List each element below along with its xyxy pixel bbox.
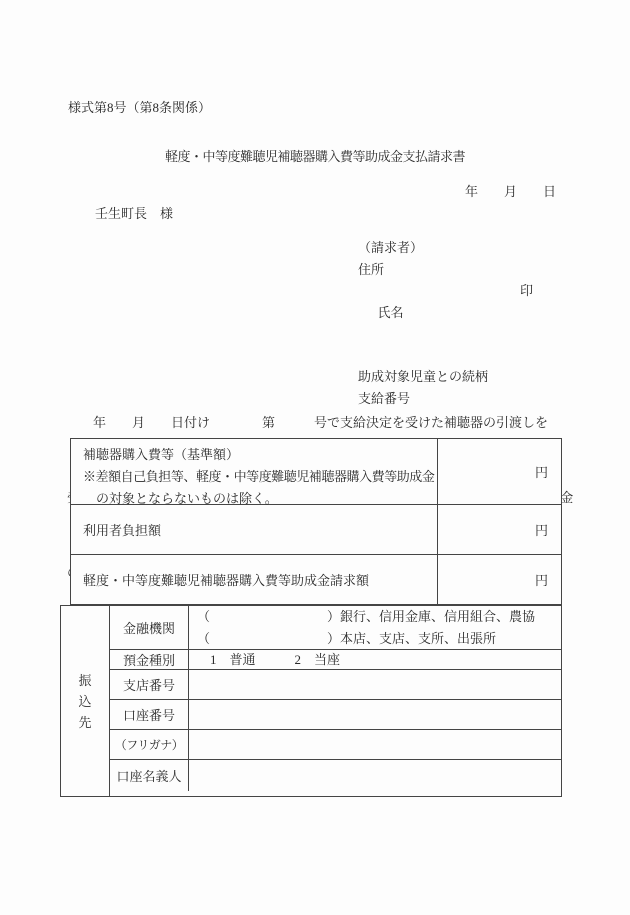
seal-mark: 印 xyxy=(520,280,533,302)
page-title: 軽度・中等度難聴児補聴器購入費等助成金支払請求書 xyxy=(68,146,562,165)
furigana-value xyxy=(189,730,561,759)
claim-amount-value-cell: 円 xyxy=(438,555,561,604)
name-label: 氏名 xyxy=(378,305,404,320)
addressee: 壬生町長 様 xyxy=(95,203,173,222)
account-holder-value xyxy=(189,760,561,791)
account-holder-row: 口座名義人 xyxy=(110,760,561,791)
user-burden-unit: 円 xyxy=(535,520,548,539)
deposit-type-options: 1 普通 2 当座 xyxy=(197,649,561,671)
branch-number-row: 支店番号 xyxy=(110,670,561,700)
base-amount-label-line-2: ※差額自己負担等、軽度・中等度難聴児補聴器購入費等助成金 xyxy=(83,466,431,488)
amount-table: 補聴器購入費等（基準額） ※差額自己負担等、軽度・中等度難聴児補聴器購入費等助成… xyxy=(70,438,562,605)
transfer-destination-char-1: 振 xyxy=(78,670,91,691)
claimant-heading: （請求者） xyxy=(358,237,488,259)
user-burden-value-cell: 円 xyxy=(438,505,561,554)
address-label: 住所 xyxy=(358,259,488,281)
deposit-type-row: 預金種別 1 普通 2 当座 xyxy=(110,650,561,670)
financial-institution-label: 金融機関 xyxy=(110,606,189,649)
deposit-type-label: 預金種別 xyxy=(110,650,189,669)
bank-rows: 金融機関 （ ）銀行、信用金庫、信用組合、農協 （ ）本店、支店、支所、出張所 … xyxy=(110,606,561,796)
paragraph-line-1: 年 月 日付け 第 号で支給決定を受けた補聴器の引渡しを xyxy=(67,410,563,435)
base-amount-unit: 円 xyxy=(535,462,548,481)
claim-amount-unit: 円 xyxy=(535,570,548,589)
account-holder-label: 口座名義人 xyxy=(110,760,189,791)
financial-institution-line-2: （ ）本店、支店、支所、出張所 xyxy=(197,628,561,650)
user-burden-row: 利用者負担額 円 xyxy=(71,505,561,555)
base-amount-label: 補聴器購入費等（基準額） ※差額自己負担等、軽度・中等度難聴児補聴器購入費等助成… xyxy=(71,439,438,504)
base-amount-row: 補聴器購入費等（基準額） ※差額自己負担等、軽度・中等度難聴児補聴器購入費等助成… xyxy=(71,439,561,505)
financial-institution-line-1: （ ）銀行、信用金庫、信用組合、農協 xyxy=(197,606,561,628)
account-number-value xyxy=(189,700,561,729)
bank-table: 振 込 先 金融機関 （ ）銀行、信用金庫、信用組合、農協 （ ）本店、支店、支… xyxy=(60,605,562,797)
transfer-destination-label: 振 込 先 xyxy=(61,606,110,796)
transfer-destination-char-3: 先 xyxy=(78,712,91,733)
branch-number-value xyxy=(189,670,561,699)
claim-amount-row: 軽度・中等度難聴児補聴器購入費等助成金請求額 円 xyxy=(71,555,561,604)
user-burden-label: 利用者負担額 xyxy=(71,505,438,554)
base-amount-label-line-1: 補聴器購入費等（基準額） xyxy=(83,444,431,466)
furigana-label: （フリガナ） xyxy=(110,730,189,759)
document-page: 様式第8号（第8条関係） 軽度・中等度難聴児補聴器購入費等助成金支払請求書 年 … xyxy=(0,0,630,915)
date-line: 年 月 日 xyxy=(68,181,556,200)
transfer-destination-char-2: 込 xyxy=(78,691,91,712)
account-number-row: 口座番号 xyxy=(110,700,561,730)
form-number: 様式第8号（第8条関係） xyxy=(68,97,211,116)
financial-institution-value: （ ）銀行、信用金庫、信用組合、農協 （ ）本店、支店、支所、出張所 xyxy=(189,606,561,649)
deposit-type-value: 1 普通 2 当座 xyxy=(189,650,561,669)
name-line: 氏名 印 xyxy=(358,280,488,366)
branch-number-label: 支店番号 xyxy=(110,670,189,699)
base-amount-value-cell: 円 xyxy=(438,439,561,504)
claim-amount-label: 軽度・中等度難聴児補聴器購入費等助成金請求額 xyxy=(71,555,438,604)
account-number-label: 口座番号 xyxy=(110,700,189,729)
financial-institution-row: 金融機関 （ ）銀行、信用金庫、信用組合、農協 （ ）本店、支店、支所、出張所 xyxy=(110,606,561,650)
furigana-row: （フリガナ） xyxy=(110,730,561,760)
